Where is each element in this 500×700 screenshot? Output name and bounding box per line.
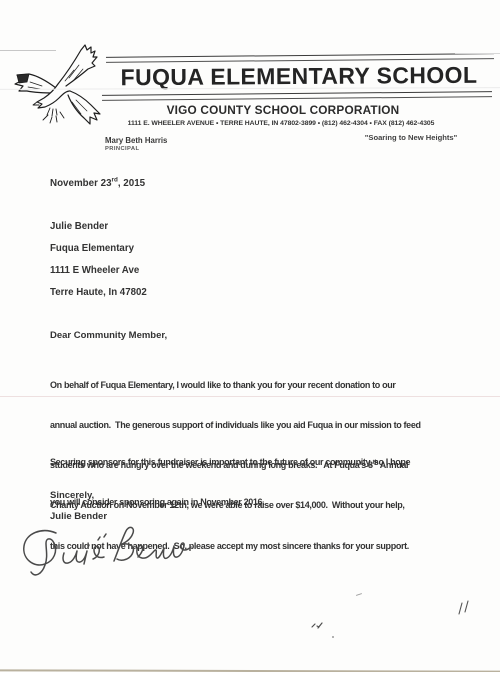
recipient-line: Terre Haute, In 47802 [50,287,147,309]
recipient-address-block: Julie Bender Fuqua Elementary 1111 E Whe… [50,221,147,309]
recipient-line: Fuqua Elementary [50,243,147,265]
scan-artifact-speckle [310,619,326,633]
scan-artifact-dash [356,593,362,596]
date-main: November 23 [50,178,112,189]
scan-artifact-line [0,50,56,51]
scan-artifact-dot [332,636,334,638]
scan-artifact-line [0,396,500,397]
header-rule-bottom [102,91,492,101]
paragraph-line: Securing sponsors for this fundraiser is… [50,456,410,469]
paragraph-line: you will consider sponsoring again in No… [50,496,410,509]
paragraph-line: On behalf of Fuqua Elementary, I would l… [50,379,421,392]
closing: Sincerely, [50,490,94,501]
scanner-background [0,672,500,700]
scan-artifact-line [455,53,500,54]
letter-date: November 23rd, 2015 [50,178,145,189]
scanned-letter-page: FUQUA ELEMENTARY SCHOOL VIGO COUNTY SCHO… [0,0,500,700]
handwritten-signature [16,521,194,583]
principal-name: Mary Beth Harris [105,136,167,145]
principal-title: PRINCIPAL [105,146,139,152]
date-rest: , 2015 [118,178,145,189]
recipient-line: Julie Bender [50,221,147,243]
scan-artifact-mark [455,598,471,618]
salutation: Dear Community Member, [50,330,167,341]
district-name: VIGO COUNTY SCHOOL CORPORATION [88,103,478,117]
school-motto: "Soaring to New Heights" [352,133,470,142]
school-address-line: 1111 E. WHEELER AVENUE • TERRE HAUTE, IN… [66,120,496,127]
recipient-line: 1111 E Wheeler Ave [50,265,147,287]
